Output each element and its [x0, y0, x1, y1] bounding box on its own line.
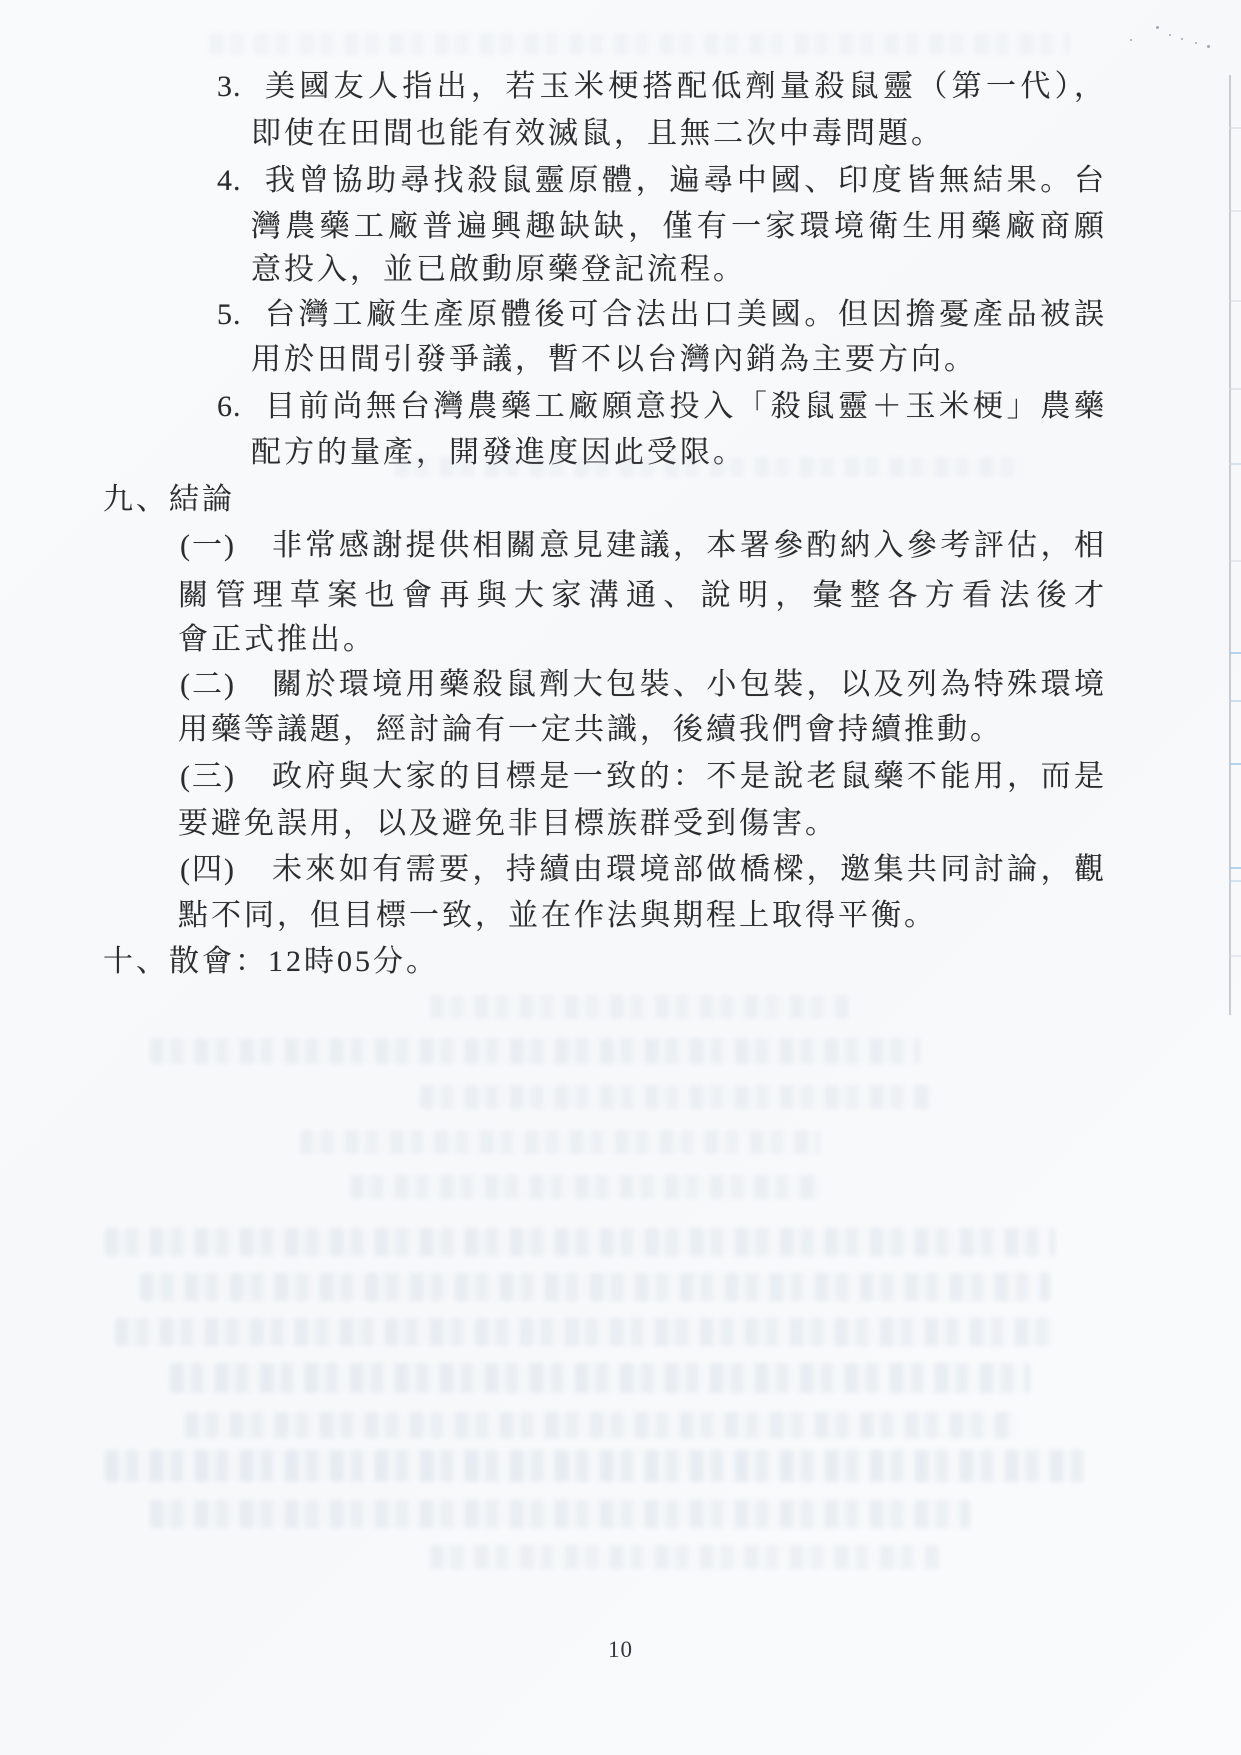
bleedthrough-band [185, 1412, 1015, 1438]
line-sub2-1: (二) 關於環境用藥殺鼠劑大包裝、小包裝，以及列為特殊環境 [0, 665, 1241, 707]
scan-speckle [1181, 38, 1183, 40]
line-text: 目前尚無台灣農藥工廠願意投入「殺鼠靈＋玉米梗」農藥 [265, 387, 1107, 427]
section-heading: 九、結論 [103, 480, 235, 520]
ruled-line-trace [1229, 300, 1241, 302]
list-number: 6. [217, 387, 242, 427]
scan-speckle [1195, 42, 1197, 44]
line-text: 灣農藥工廠普遍興趣缺缺，僅有一家環境衛生用藥廠商願 [251, 207, 1107, 247]
line-text: 要避免誤用，以及避免非目標族群受到傷害。 [178, 804, 838, 844]
bleedthrough-band [170, 1363, 1030, 1393]
scan-speckle [1169, 34, 1171, 36]
list-number: 5. [217, 295, 242, 335]
ruled-line-trace [1229, 763, 1241, 765]
line-text: 用藥等議題，經討論有一定共識，後續我們會持續推動。 [178, 710, 1003, 750]
section-heading: 十、散會：12時05分。 [103, 942, 439, 982]
line-text: 點不同，但目標一致，並在作法與期程上取得平衡。 [178, 896, 937, 936]
ruled-line-trace [1229, 463, 1241, 465]
scan-speckle [1207, 45, 1210, 48]
line-text: 台灣工廠生產原體後可合法出口美國。但因擔憂產品被誤 [265, 295, 1107, 335]
line-sub4-2: 點不同，但目標一致，並在作法與期程上取得平衡。 [0, 896, 1241, 938]
scan-speckle [1156, 26, 1159, 29]
bleedthrough-band [150, 1500, 970, 1528]
ruled-line-trace [1229, 127, 1241, 129]
bleedthrough-band [105, 1228, 1055, 1256]
scanned-document-page: 3. 美國友人指出，若玉米梗搭配低劑量殺鼠靈（第一代）， 即使在田間也能有效滅鼠… [0, 0, 1241, 1755]
ruled-line-trace [1229, 867, 1241, 869]
ruled-line-trace [1229, 700, 1241, 702]
line-sub3-2: 要避免誤用，以及避免非目標族群受到傷害。 [0, 804, 1241, 846]
line-text: 未來如有需要，持續由環境部做橋樑，邀集共同討論，觀 [272, 850, 1107, 890]
bleedthrough-band [300, 1130, 820, 1154]
line-item5-1: 5. 台灣工廠生產原體後可合法出口美國。但因擔憂產品被誤 [0, 295, 1241, 337]
scan-edge-line [1229, 75, 1231, 1015]
line-sub2-2: 用藥等議題，經討論有一定共識，後續我們會持續推動。 [0, 710, 1241, 752]
line-text: 意投入，並已啟動原藥登記流程。 [251, 250, 746, 290]
line-section-nine: 九、結論 [0, 480, 1241, 522]
ruled-line-trace [1229, 560, 1241, 562]
line-section-ten: 十、散會：12時05分。 [0, 942, 1241, 984]
list-label: (四) [180, 850, 236, 890]
bleedthrough-band [430, 1545, 940, 1569]
list-label: (三) [180, 757, 236, 797]
bleedthrough-band [115, 1318, 1055, 1346]
bleedthrough-band [350, 1175, 820, 1199]
line-sub4-1: (四) 未來如有需要，持續由環境部做橋樑，邀集共同討論，觀 [0, 850, 1241, 892]
line-sub1-2: 關管理草案也會再與大家溝通、說明，彙整各方看法後才 [0, 576, 1241, 618]
bleedthrough-band [420, 1085, 930, 1109]
line-sub1-1: (一) 非常感謝提供相關意見建議，本署參酌納入參考評估，相 [0, 526, 1241, 568]
line-text: 會正式推出。 [178, 620, 376, 660]
bleedthrough-band [395, 457, 1025, 477]
list-label: (二) [180, 665, 236, 705]
page-number: 10 [0, 1637, 1241, 1663]
ruled-line-trace [1229, 652, 1241, 654]
ruled-line-trace [1229, 880, 1241, 882]
line-text: 關於環境用藥殺鼠劑大包裝、小包裝，以及列為特殊環境 [272, 665, 1107, 705]
list-label: (一) [180, 526, 236, 566]
line-item3-1: 3. 美國友人指出，若玉米梗搭配低劑量殺鼠靈（第一代）， [0, 67, 1241, 109]
ruled-line-trace [1229, 210, 1241, 212]
ruled-line-trace [1229, 955, 1241, 957]
line-text: 即使在田間也能有效滅鼠，且無二次中毒問題。 [251, 114, 944, 154]
line-text: 關管理草案也會再與大家溝通、說明，彙整各方看法後才 [178, 576, 1107, 616]
line-text: 非常感謝提供相關意見建議，本署參酌納入參考評估，相 [272, 526, 1107, 566]
list-number: 4. [217, 161, 242, 201]
line-item4-2: 灣農藥工廠普遍興趣缺缺，僅有一家環境衛生用藥廠商願 [0, 207, 1241, 249]
bleedthrough-band [105, 1450, 1085, 1482]
line-sub3-1: (三) 政府與大家的目標是一致的：不是說老鼠藥不能用，而是 [0, 757, 1241, 799]
line-item5-2: 用於田間引發爭議，暫不以台灣內銷為主要方向。 [0, 340, 1241, 382]
line-item6-1: 6. 目前尚無台灣農藥工廠願意投入「殺鼠靈＋玉米梗」農藥 [0, 387, 1241, 429]
list-number: 3. [217, 67, 242, 107]
line-text: 我曾協助尋找殺鼠靈原體，遍尋中國、印度皆無結果。台 [265, 161, 1107, 201]
line-item4-1: 4. 我曾協助尋找殺鼠靈原體，遍尋中國、印度皆無結果。台 [0, 161, 1241, 203]
bleedthrough-band [140, 1273, 1050, 1301]
line-text: 美國友人指出，若玉米梗搭配低劑量殺鼠靈（第一代）， [265, 67, 1107, 107]
scan-speckle [1130, 39, 1132, 41]
line-item4-3: 意投入，並已啟動原藥登記流程。 [0, 250, 1241, 292]
line-text: 用於田間引發爭議，暫不以台灣內銷為主要方向。 [251, 340, 977, 380]
line-item3-2: 即使在田間也能有效滅鼠，且無二次中毒問題。 [0, 114, 1241, 156]
bleedthrough-band [150, 1038, 920, 1064]
bleedthrough-band [210, 33, 1070, 55]
bleedthrough-band [430, 995, 850, 1019]
line-text: 政府與大家的目標是一致的：不是說老鼠藥不能用，而是 [272, 757, 1107, 797]
ruled-line-trace [1229, 388, 1241, 390]
line-sub1-3: 會正式推出。 [0, 620, 1241, 662]
